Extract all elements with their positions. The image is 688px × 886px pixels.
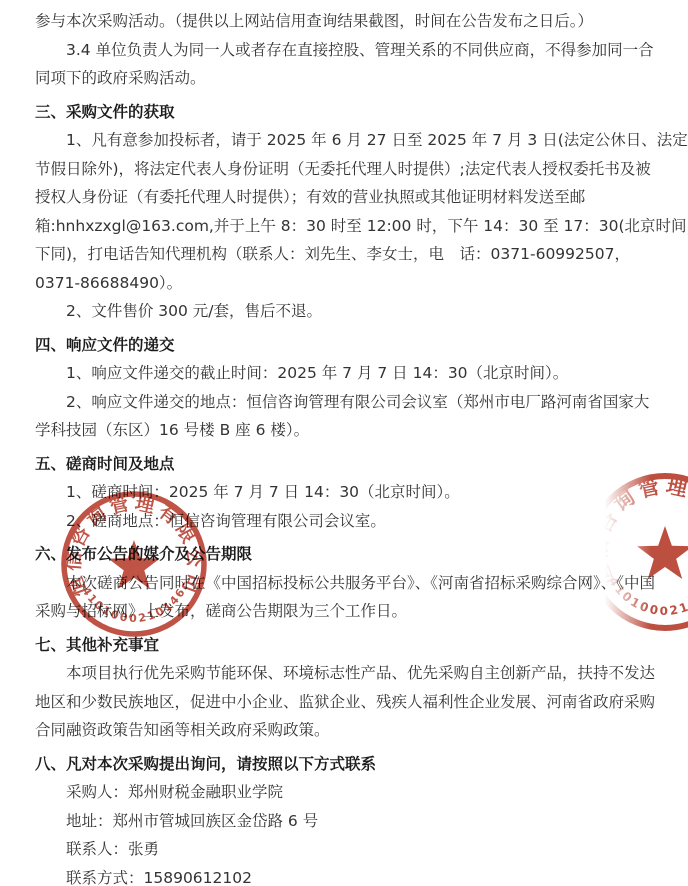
text-line: 2、文件售价 300 元/套，售后不退。 <box>35 297 675 326</box>
section-heading: 七、其他补充事宜 <box>35 631 675 660</box>
text-line: 采购人：郑州财税金融职业学院 <box>35 778 675 807</box>
text-line: 授权人身份证（有委托代理人时提供）；有效的营业执照或其他证明材料发送至邮 <box>35 183 675 212</box>
text-line: 本项目执行优先采购节能环保、环境标志性产品、优先采购自主创新产品，扶持不发达 <box>35 659 675 688</box>
text-line: 地址：郑州市管城回族区金岱路 6 号 <box>35 807 675 836</box>
document-body: 参与本次采购活动。（提供以上网站信用查询结果截图，时间在公告发布之日后。） 3.… <box>35 7 675 886</box>
text-line: 联系人：张勇 <box>35 835 675 864</box>
text-line: 2、磋商地点：恒信咨询管理有限公司会议室。 <box>35 507 675 536</box>
text-line: 地区和少数民族地区，促进中小企业、监狱企业、残疾人福利性企业发展、河南省政府采购 <box>35 688 675 717</box>
text-line: 下同)，打电话告知代理机构（联系人：刘先生、李女士，电 话：0371-60992… <box>35 240 675 269</box>
text-line: 3.4 单位负责人为同一人或者存在直接控股、管理关系的不同供应商，不得参加同一合 <box>35 36 675 65</box>
text-line: 学科技园（东区）16 号楼 B 座 6 楼）。 <box>35 416 675 445</box>
text-line: 1、凡有意参加投标者，请于 2025 年 6 月 27 日至 2025 年 7 … <box>35 126 675 155</box>
section-heading: 四、响应文件的递交 <box>35 331 675 360</box>
section-heading: 六、发布公告的媒介及公告期限 <box>35 540 675 569</box>
text-line: 本次磋商公告同时在《中国招标投标公共服务平台》、《河南省招标采购综合网》、《中国 <box>35 569 675 598</box>
text-line: 1、磋商时间：2025 年 7 月 7 日 14：30（北京时间）。 <box>35 478 675 507</box>
text-line: 采购与招标网》上发布，磋商公告期限为三个工作日。 <box>35 597 675 626</box>
section-heading: 三、采购文件的获取 <box>35 98 675 127</box>
text-line: 参与本次采购活动。（提供以上网站信用查询结果截图，时间在公告发布之日后。） <box>35 7 675 36</box>
text-line: 2、响应文件递交的地点：恒信咨询管理有限公司会议室（郑州市电厂路河南省国家大 <box>35 388 675 417</box>
text-line: 合同融资政策告知函等相关政府采购政策。 <box>35 716 675 745</box>
text-line: 0371-86688490）。 <box>35 269 675 298</box>
text-line: 1、响应文件递交的截止时间：2025 年 7 月 7 日 14：30（北京时间）… <box>35 359 675 388</box>
text-line: 同项下的政府采购活动。 <box>35 64 675 93</box>
text-line: 箱:hnhxzxgl@163.com,并于上午 8：30 时至 12:00 时，… <box>35 212 675 241</box>
text-line: 联系方式：15890612102 <box>35 864 675 886</box>
section-heading: 五、磋商时间及地点 <box>35 450 675 479</box>
text-line: 节假日除外)，将法定代表人身份证明（无委托代理人时提供）;法定代表人授权委托书及… <box>35 155 675 184</box>
document-page: 参与本次采购活动。（提供以上网站信用查询结果截图，时间在公告发布之日后。） 3.… <box>0 0 688 886</box>
section-heading: 八、凡对本次采购提出询问，请按照以下方式联系 <box>35 750 675 779</box>
